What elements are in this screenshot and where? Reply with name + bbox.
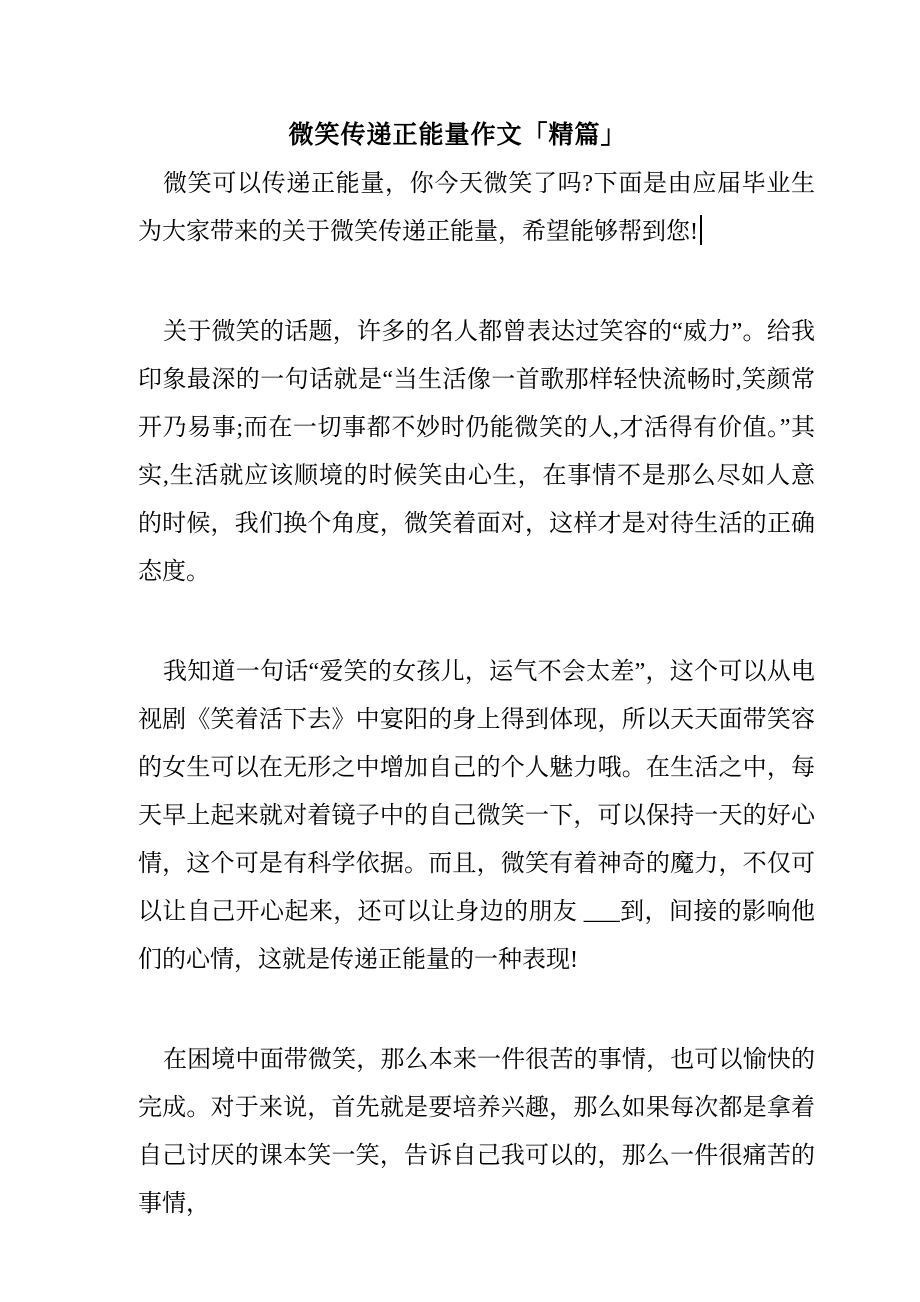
- paragraph-smiling-girl[interactable]: 我知道一句话“爱笑的女孩儿，运气不会太差”，这个可以从电视剧《笑着活下去》中宴阳…: [138, 648, 815, 984]
- text-cursor: [700, 215, 702, 245]
- document-title[interactable]: 微笑传递正能量作文「精篇」: [100, 112, 815, 160]
- document-page: 微笑传递正能量作文「精篇」 微笑可以传递正能量，你今天微笑了吗?下面是由应届毕业…: [0, 0, 920, 1302]
- paragraph-intro[interactable]: 微笑可以传递正能量，你今天微笑了吗?下面是由应届毕业生为大家带来的关于微笑传递正…: [138, 160, 815, 256]
- paragraph-adversity[interactable]: 在困境中面带微笑，那么本来一件很苦的事情，也可以愉快的完成。对于来说，首先就是要…: [138, 1036, 815, 1228]
- paragraph-quote-famous[interactable]: 关于微笑的话题，许多的名人都曾表达过笑容的“威力”。给我印象最深的一句话就是“当…: [138, 308, 815, 596]
- paragraph-intro-text: 微笑可以传递正能量，你今天微笑了吗?下面是由应届毕业生为大家带来的关于微笑传递正…: [138, 171, 815, 245]
